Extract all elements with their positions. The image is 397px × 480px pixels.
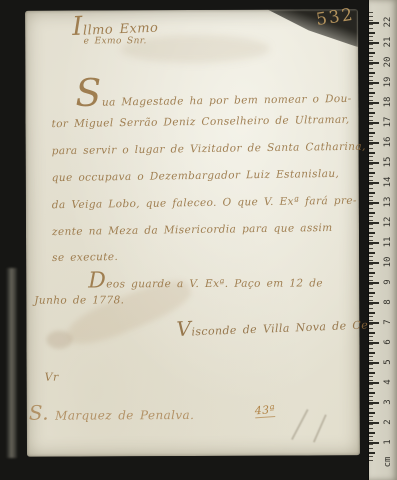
cm-tick bbox=[369, 202, 379, 204]
cm-number: 2 bbox=[383, 414, 393, 430]
cm-tick bbox=[369, 222, 379, 224]
pencil-scribble bbox=[291, 409, 309, 440]
cm-number: 19 bbox=[383, 74, 393, 90]
cm-number: 15 bbox=[383, 154, 393, 170]
cm-tick bbox=[369, 402, 379, 404]
cm-ruler-scale: cm 22212019181716151413121110987654321 bbox=[368, 0, 397, 480]
cm-tick bbox=[369, 182, 379, 184]
half-cm-tick bbox=[369, 92, 375, 94]
cm-tick bbox=[369, 22, 379, 24]
cm-number: 16 bbox=[383, 134, 393, 150]
millimeter-ticks bbox=[369, 12, 373, 464]
cm-number: 22 bbox=[383, 14, 393, 30]
half-cm-tick bbox=[369, 52, 375, 54]
paper-stain bbox=[46, 331, 72, 349]
cm-tick bbox=[369, 102, 379, 104]
half-cm-tick bbox=[369, 252, 375, 254]
cm-number: 9 bbox=[383, 274, 393, 290]
cm-number: 1 bbox=[383, 434, 393, 450]
manuscript-photo: Illmo Exmo e Exmo Snr. 532 Sua Magestade… bbox=[0, 0, 397, 480]
cm-number: 11 bbox=[383, 234, 393, 250]
pencil-scribble bbox=[313, 414, 327, 442]
body-line: Sua Magestade ha por bem nomear o Dou- bbox=[75, 84, 352, 109]
body-line: zente na Meza da Misericordia para que a… bbox=[52, 222, 333, 238]
cm-tick bbox=[369, 122, 379, 124]
half-cm-tick bbox=[369, 372, 375, 374]
cm-tick bbox=[369, 142, 379, 144]
letter-paper: Illmo Exmo e Exmo Snr. 532 Sua Magestade… bbox=[25, 9, 360, 456]
closing-line: Deos guarde a V. Exª. Paço em 12 de bbox=[88, 267, 323, 293]
cm-tick bbox=[369, 162, 379, 164]
cm-number: 21 bbox=[383, 34, 393, 50]
cm-number: 6 bbox=[383, 334, 393, 350]
half-cm-tick bbox=[369, 32, 375, 34]
half-cm-tick bbox=[369, 272, 375, 274]
paraph-mark: 43ª bbox=[254, 403, 275, 418]
cm-tick bbox=[369, 342, 379, 344]
cm-number: 17 bbox=[383, 114, 393, 130]
margin-annotation: Vr bbox=[45, 371, 59, 384]
cm-number: 3 bbox=[383, 394, 393, 410]
half-cm-tick bbox=[369, 132, 375, 134]
body-line: tor Miguel Serrão Deniz Conselheiro de U… bbox=[51, 114, 349, 130]
half-cm-tick bbox=[369, 292, 375, 294]
half-cm-tick bbox=[369, 172, 375, 174]
closing-line: Junho de 1778. bbox=[34, 294, 124, 306]
half-cm-tick bbox=[369, 232, 375, 234]
half-cm-tick bbox=[369, 72, 375, 74]
cm-number: 14 bbox=[383, 174, 393, 190]
cm-tick bbox=[369, 302, 379, 304]
cm-tick bbox=[369, 82, 379, 84]
cm-number: 5 bbox=[383, 354, 393, 370]
cm-tick bbox=[369, 322, 379, 324]
cm-tick bbox=[369, 422, 379, 424]
underlying-page-edge bbox=[6, 268, 17, 458]
cm-number: 7 bbox=[383, 314, 393, 330]
cm-number: 13 bbox=[383, 194, 393, 210]
half-cm-tick bbox=[369, 152, 375, 154]
half-cm-tick bbox=[369, 332, 375, 334]
half-cm-tick bbox=[369, 192, 375, 194]
cm-number: 4 bbox=[383, 374, 393, 390]
cm-tick bbox=[369, 362, 379, 364]
body-line: da Veiga Lobo, que faleceo. O que V. Exª… bbox=[52, 195, 357, 212]
letter-salutation: Illmo Exmo e Exmo Snr. bbox=[25, 10, 205, 47]
half-cm-tick bbox=[369, 412, 375, 414]
half-cm-tick bbox=[369, 212, 375, 214]
cm-number: 12 bbox=[383, 214, 393, 230]
body-line: que occupava o Dezembargador Luiz Estani… bbox=[52, 168, 340, 184]
cm-number: 8 bbox=[383, 294, 393, 310]
half-cm-tick bbox=[369, 452, 375, 454]
half-cm-tick bbox=[369, 112, 375, 114]
half-cm-tick bbox=[369, 312, 375, 314]
cm-tick bbox=[369, 262, 379, 264]
body-line: para servir o lugar de Vizitador de Sant… bbox=[52, 141, 366, 158]
half-cm-tick bbox=[369, 432, 375, 434]
half-cm-tick bbox=[369, 352, 375, 354]
cm-tick bbox=[369, 62, 379, 64]
cm-number: 18 bbox=[383, 94, 393, 110]
cm-tick bbox=[369, 42, 379, 44]
cm-tick bbox=[369, 382, 379, 384]
cm-tick bbox=[369, 242, 379, 244]
half-cm-tick bbox=[369, 392, 375, 394]
ruler-unit-label: cm bbox=[383, 454, 393, 470]
cm-number: 20 bbox=[383, 54, 393, 70]
cm-tick bbox=[369, 442, 379, 444]
cm-number: 10 bbox=[383, 254, 393, 270]
recipient-line: S. Marquez de Penalva. bbox=[29, 400, 195, 425]
salutation-line: e Exmo Snr. bbox=[25, 36, 205, 47]
signature: Visconde de Villa Nova de Cerveira bbox=[176, 308, 397, 341]
body-line: se execute. bbox=[52, 251, 118, 264]
cm-tick bbox=[369, 282, 379, 284]
